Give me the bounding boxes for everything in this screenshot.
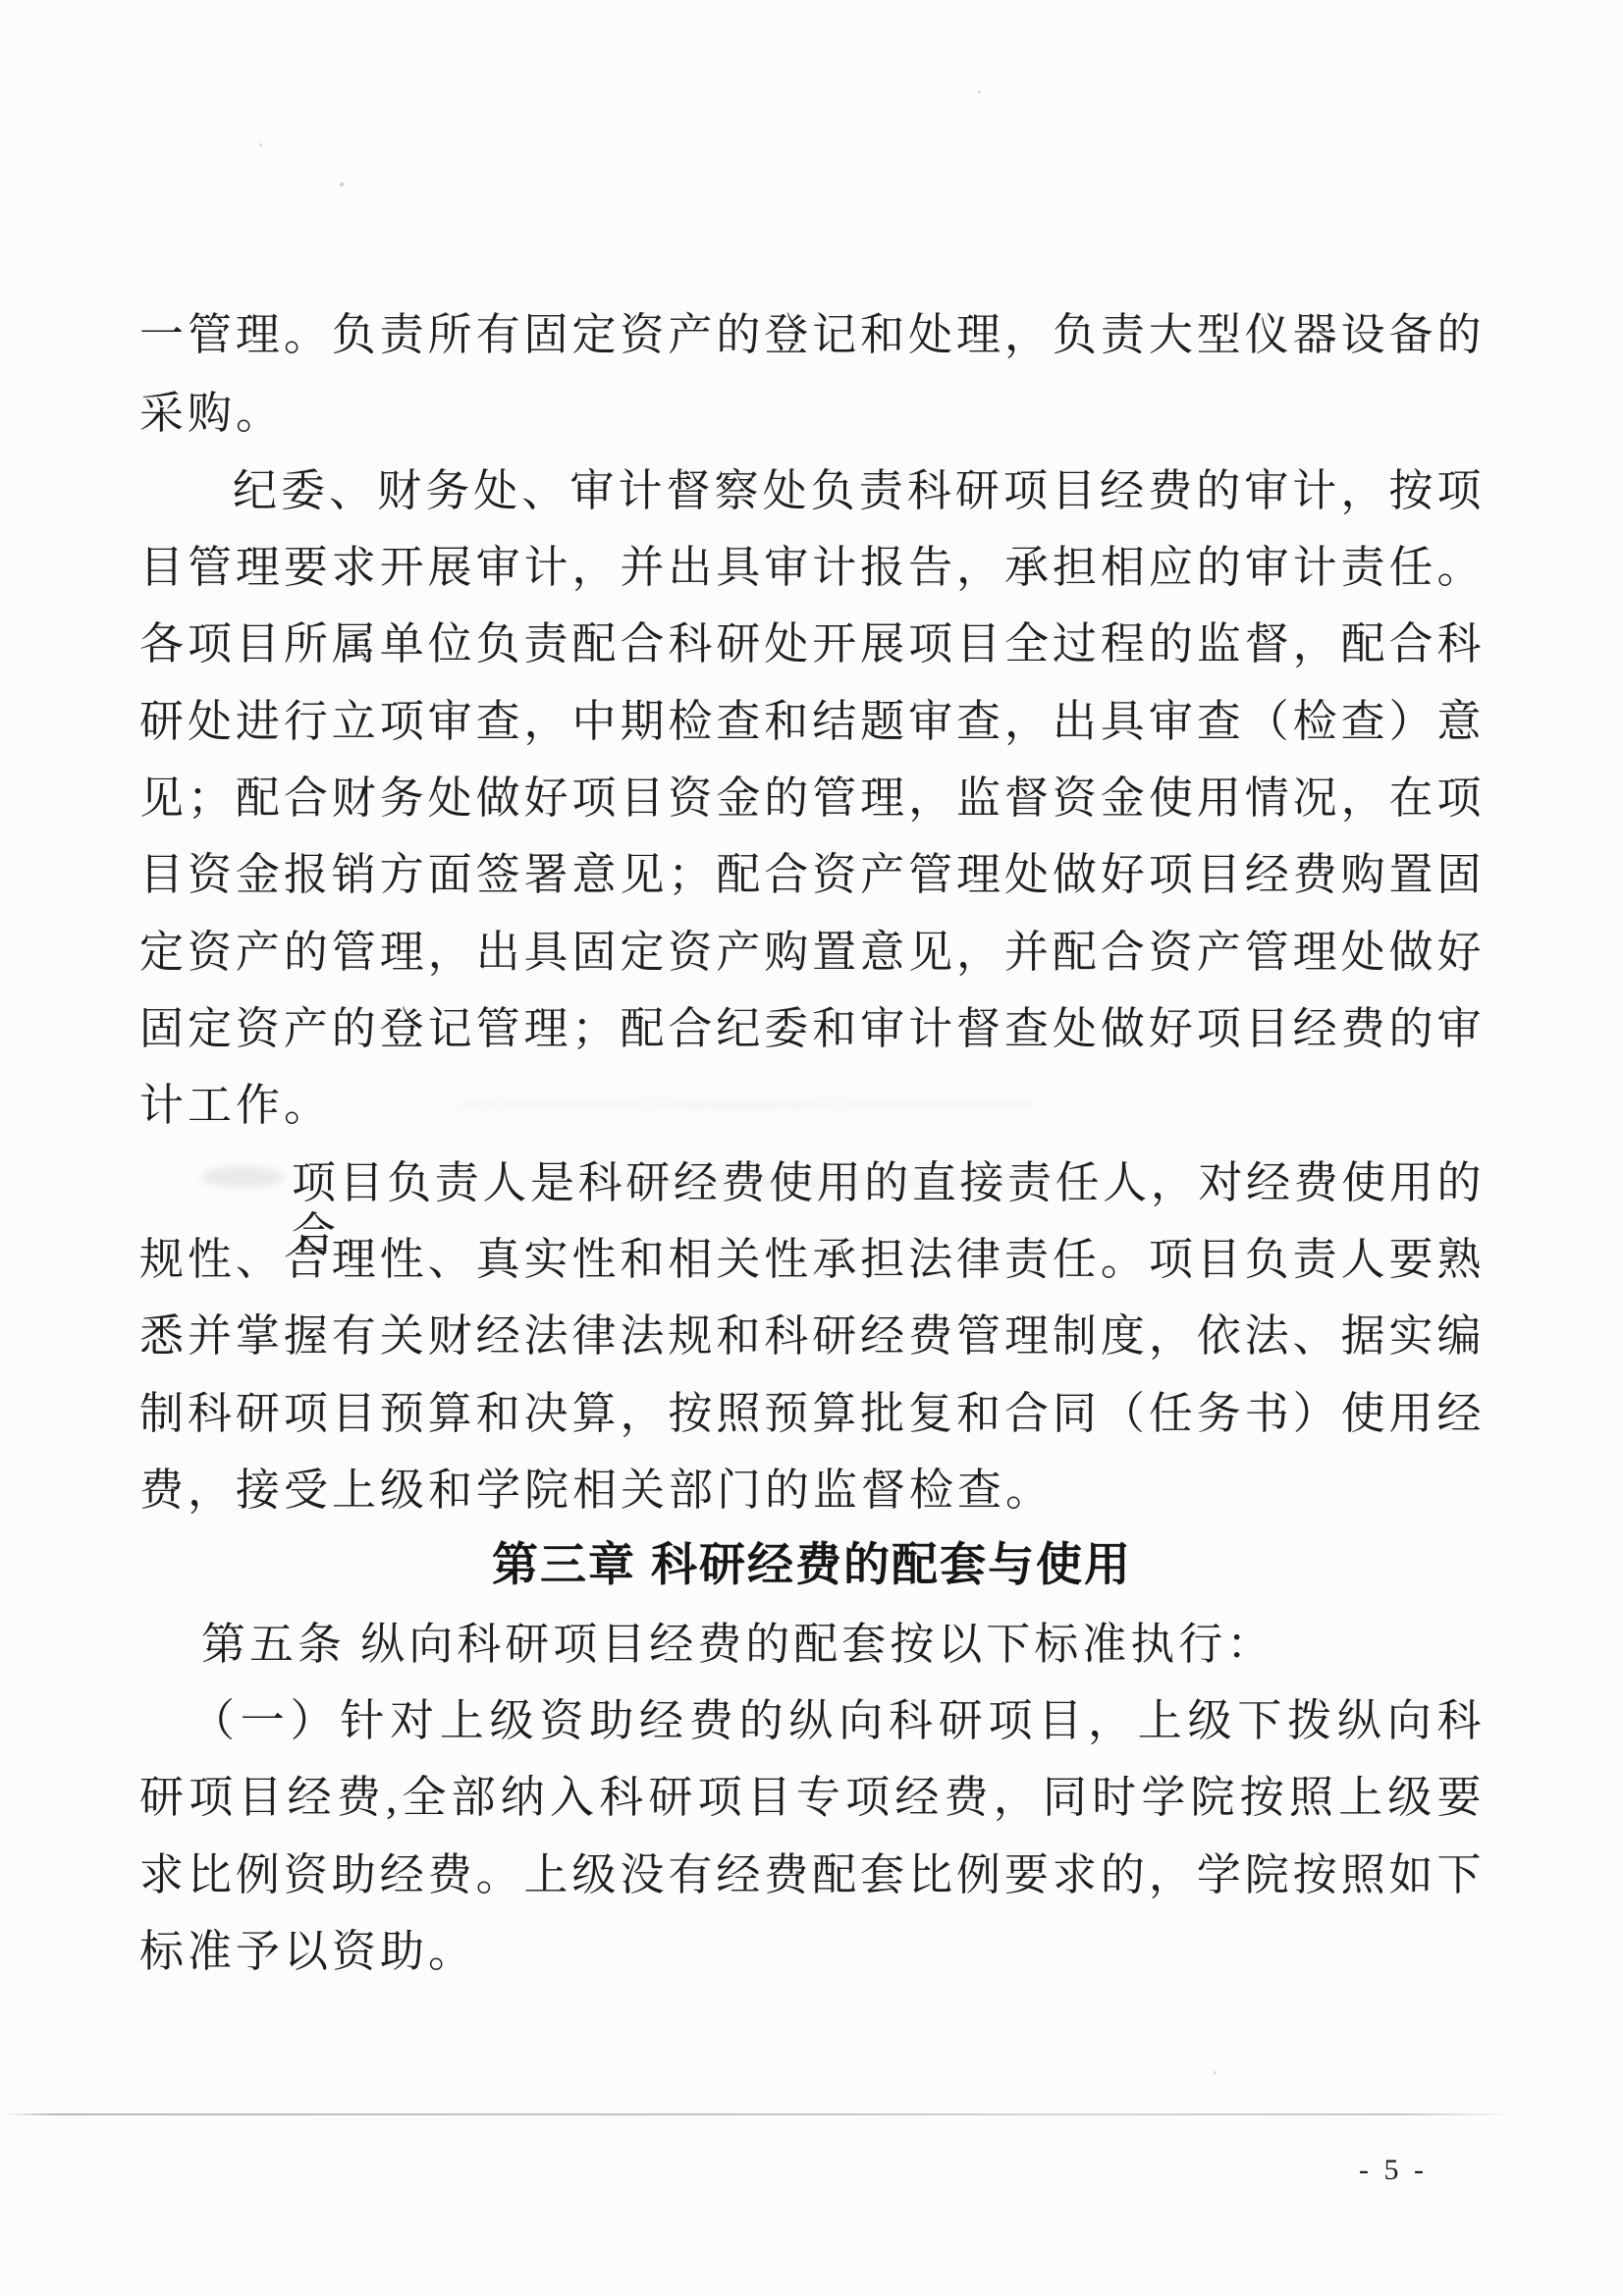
scan-speck <box>259 143 262 146</box>
text-line: 纪委、财务处、审计督察处负责科研项目经费的审计，按项 <box>139 465 1485 516</box>
text-line: 一管理。负责所有固定资产的登记和处理，负责大型仪器设备的 <box>139 309 1485 360</box>
text-line: 求比例资助经费。上级没有经费配套比例要求的，学院按照如下 <box>139 1849 1485 1900</box>
scan-speck <box>978 90 981 93</box>
scan-smudge <box>201 1166 285 1188</box>
scan-smudge <box>530 1174 1109 1190</box>
text-line: 目管理要求开展审计，并出具审计报告，承担相应的审计责任。 <box>139 542 1485 593</box>
text-line: 制科研项目预算和决算，按照预算批复和合同（任务书）使用经 <box>139 1388 1485 1439</box>
text-line: 目资金报销方面签署意见；配合资产管理处做好项目经费购置固 <box>139 849 1485 900</box>
text-line: 费，接受上级和学院相关部门的监督检查。 <box>139 1465 1485 1516</box>
scan-smudge <box>432 1097 1060 1111</box>
text-line: 标准予以资助。 <box>139 1926 1485 1977</box>
scan-speck <box>340 183 344 187</box>
text-line: 研处进行立项审查，中期检查和结题审查，出具审查（检查）意 <box>139 696 1485 747</box>
document-page: 一管理。负责所有固定资产的登记和处理，负责大型仪器设备的 采购。 纪委、财务处、… <box>0 0 1623 2296</box>
text-line: 研项目经费,全部纳入科研项目专项经费，同时学院按照上级要 <box>139 1772 1485 1823</box>
text-line: 规性、合理性、真实性和相关性承担法律责任。项目负责人要熟 <box>139 1234 1485 1285</box>
page-number: - 5 - <box>1359 2154 1428 2187</box>
text-line: 各项目所属单位负责配合科研处开展项目全过程的监督，配合科 <box>139 618 1485 669</box>
text-line: 定资产的管理，出具固定资产购置意见，并配合资产管理处做好 <box>139 927 1485 978</box>
text-line: 固定资产的登记管理；配合纪委和审计督查处做好项目经费的审 <box>139 1003 1485 1054</box>
footer-divider <box>5 2113 1517 2115</box>
text-line: 见；配合财务处做好项目资金的管理，监督资金使用情况，在项 <box>139 773 1485 824</box>
scan-speck <box>1214 2071 1217 2074</box>
text-line: 悉并掌握有关财经法律法规和科研经费管理制度，依法、据实编 <box>139 1310 1485 1362</box>
chapter-heading: 第三章 科研经费的配套与使用 <box>139 1537 1485 1592</box>
scan-speck <box>701 1022 704 1025</box>
text-line: 第五条 纵向科研项目经费的配套按以下标准执行： <box>139 1619 1485 1670</box>
text-line: （一）针对上级资助经费的纵向科研项目，上级下拨纵向科 <box>139 1695 1485 1746</box>
text-line: 采购。 <box>139 388 1485 439</box>
